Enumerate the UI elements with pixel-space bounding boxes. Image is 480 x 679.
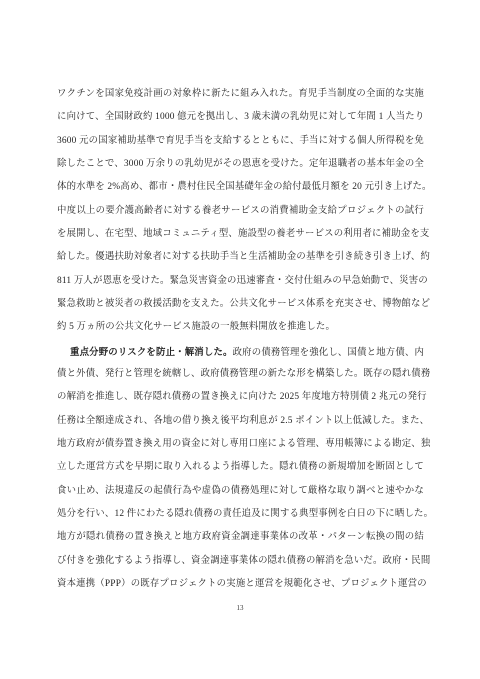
- text-line: 債と外債、発行と管理を統轄し、政府債務管理の新たな形を構築した。既存の隠れ債務: [57, 363, 424, 386]
- text-line: 約 5 万ヵ所の公共文化サービス施設の一般無料開放を推進した。: [57, 316, 424, 339]
- text-line: 緊急救助と被災者の救援活動を支えた。公共文化サービス体系を充実させ、博物館など: [57, 293, 424, 316]
- text-line: 3600 元の国家補助基準で育児手当を支給するとともに、手当に対する個人所得税を…: [57, 130, 424, 153]
- text-run: 政府の債務管理を強化し、国債と地方債、内: [233, 348, 425, 358]
- text-line: 重点分野のリスクを防止・解消した。政府の債務管理を強化し、国債と地方債、内: [57, 340, 424, 363]
- text-line: 地方政府が債券置き換え用の資金に対し専用口座による管理、専用帳簿による勘定、独: [57, 433, 424, 456]
- text-line: 任務は全額達成され、各地の借り換え後平均利息が 2.5 ポイント以上低減した。ま…: [57, 410, 424, 433]
- text-line: に向けて、全国財政約 1000 億元を拠出し、3 歳未満の乳幼児に対して年間 1…: [57, 106, 424, 129]
- paragraph-heading: 重点分野のリスクを防止・解消した。: [70, 346, 233, 357]
- text-line: 立した運営方式を早期に取り入れるよう指導した。隠れ債務の新規増加を断固として: [57, 456, 424, 479]
- text-line: 資本連携（PPP）の既存プロジェクトの実施と運営を規範化させ、プロジェクト運営の: [57, 573, 424, 596]
- text-line: ワクチンを国家免疫計画の対象枠に新たに組み入れた。育児手当制度の全面的な実施: [57, 83, 424, 106]
- text-line: び付きを強化するよう指導し、資金調達事業体の隠れ債務の解消を急いだ。政府・民間: [57, 550, 424, 573]
- text-line: 体的水準を 2%高め、都市・農村住民全国基礎年金の給付最低月額を 20 元引き上…: [57, 176, 424, 199]
- text-line: 給した。優遇扶助対象者に対する扶助手当と生活補助金の基準を引き続き引き上げ、約: [57, 246, 424, 269]
- text-line: 811 万人が恩恵を受けた。緊急災害資金の迅速審査・交付仕組みの早急始動で、災害…: [57, 270, 424, 293]
- text-line: 処分を行い、12 件にわたる隠れ債務の責任追及に関する典型事例を白日の下に晒した…: [57, 503, 424, 526]
- text-line: 除したことで、3000 万余りの乳幼児がその恩恵を受けた。定年退職者の基本年金の…: [57, 153, 424, 176]
- page-number: 13: [0, 604, 480, 612]
- document-page: ワクチンを国家免疫計画の対象枠に新たに組み入れた。育児手当制度の全面的な実施 に…: [0, 0, 480, 679]
- text-line: の解消を推進し、既存隠れ債務の置き換えに向けた 2025 年度地方特別債 2 兆…: [57, 386, 424, 409]
- text-line: 地方が隠れ債務の置き換えと地方政府資金調達事業体の改革・パターン転換の間の結: [57, 526, 424, 549]
- text-line: 中度以上の要介護高齢者に対する養老サービスの消費補助金支給プロジェクトの試行: [57, 200, 424, 223]
- page-body-text: ワクチンを国家免疫計画の対象枠に新たに組み入れた。育児手当制度の全面的な実施 に…: [57, 83, 424, 596]
- text-line: 食い止め、法規違反の起債行為や虚偽の債務処理に対して厳格な取り調べと速やかな: [57, 480, 424, 503]
- text-line: を展開し、在宅型、地域コミュニティ型、施設型の養老サービスの利用者に補助金を支: [57, 223, 424, 246]
